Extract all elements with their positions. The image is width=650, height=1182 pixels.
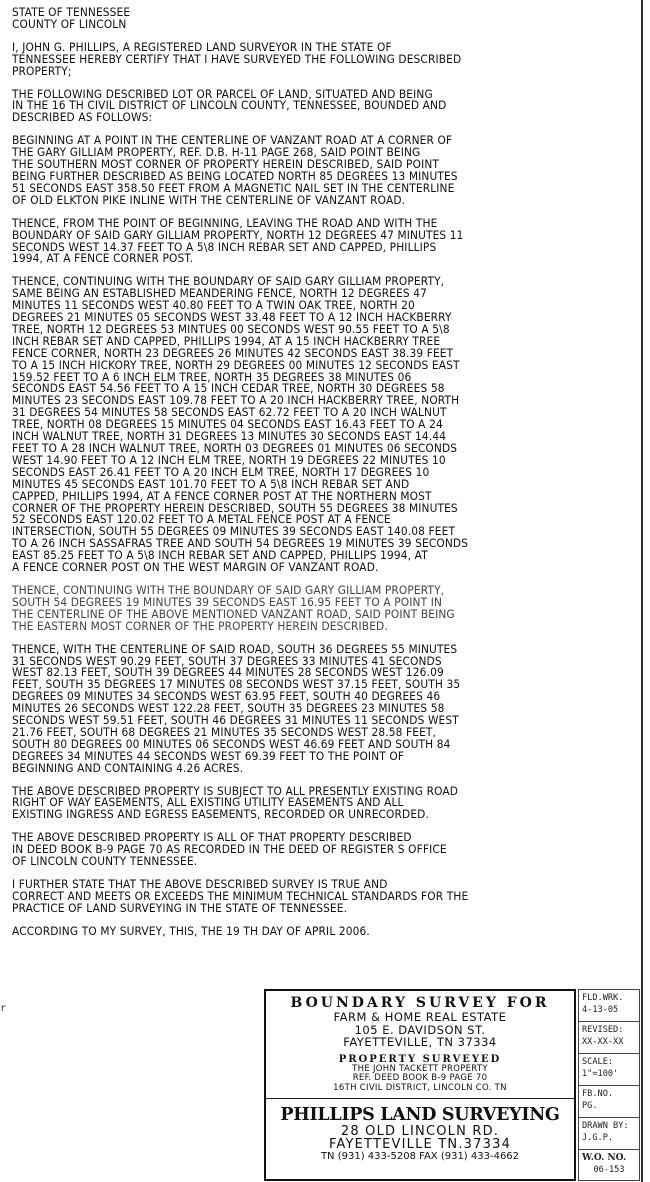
road-centerline-calls: THENCE, WITH THE CENTERLINE OF SAID ROAD… — [12, 644, 630, 775]
cell-value: PG. — [582, 1100, 636, 1112]
cell-label: FLD.WRK. — [582, 992, 636, 1004]
cell-label: FB.NO. — [582, 1088, 636, 1100]
easements-clause: THE ABOVE DESCRIBED PROPERTY IS SUBJECT … — [12, 786, 630, 822]
title-block: BOUNDARY SURVEY FOR FARM & HOME REAL EST… — [264, 989, 576, 1181]
point-of-beginning: BEGINNING AT A POINT IN THE CENTERLINE O… — [12, 135, 630, 206]
survey-heading: BOUNDARY SURVEY FOR — [266, 995, 574, 1011]
cell-value: J.G.P. — [582, 1132, 636, 1144]
field-work-cell: FLD.WRK. 4-13-05 — [578, 989, 640, 1021]
drawn-by-cell: DRAWN BY: J.G.P. — [578, 1117, 640, 1149]
boundary-call-3: THENCE, CONTINUING WITH THE BOUNDARY OF … — [12, 585, 630, 633]
parcel-location: THE FOLLOWING DESCRIBED LOT OR PARCEL OF… — [12, 89, 630, 125]
client-city: FAYETTEVILLE, TN 37334 — [266, 1036, 574, 1049]
work-order-cell: W.O. NO. 06-153 — [578, 1149, 640, 1181]
firm-city: FAYETTEVILLE TN.37334 — [266, 1138, 574, 1151]
cell-value: XX-XX-XX — [582, 1036, 636, 1048]
scale-cell: SCALE: 1"=100' — [578, 1053, 640, 1085]
boundary-call-2: THENCE, CONTINUING WITH THE BOUNDARY OF … — [12, 276, 630, 574]
cell-value: 1"=100' — [582, 1068, 636, 1080]
property-district: 16TH CIVIL DISTRICT, LINCOLN CO. TN — [266, 1084, 574, 1094]
client-section: BOUNDARY SURVEY FOR FARM & HOME REAL EST… — [266, 991, 574, 1097]
survey-description: STATE OF TENNESSEE COUNTY OF LINCOLN I, … — [12, 7, 632, 949]
cell-label: W.O. NO. — [582, 1152, 636, 1164]
deed-reference-clause: THE ABOVE DESCRIBED PROPERTY IS ALL OF T… — [12, 832, 630, 868]
title-block-side-cells: FLD.WRK. 4-13-05 REVISED: XX-XX-XX SCALE… — [578, 989, 640, 1181]
field-book-cell: FB.NO. PG. — [578, 1085, 640, 1117]
firm-section: PHILLIPS LAND SURVEYING 28 OLD LINCOLN R… — [266, 1098, 574, 1179]
property-heading: PROPERTY SURVEYED — [266, 1054, 574, 1065]
survey-date-statement: ACCORDING TO MY SURVEY, THIS, THE 19 TH … — [12, 926, 630, 938]
stray-mark: r — [0, 1003, 6, 1014]
certification-intro: I, JOHN G. PHILLIPS, A REGISTERED LAND S… — [12, 42, 630, 78]
cell-value: 4-13-05 — [582, 1004, 636, 1016]
state-county-heading: STATE OF TENNESSEE COUNTY OF LINCOLN — [12, 7, 630, 31]
cell-label: REVISED: — [582, 1024, 636, 1036]
revised-cell: REVISED: XX-XX-XX — [578, 1021, 640, 1053]
boundary-call-1: THENCE, FROM THE POINT OF BEGINNING, LEA… — [12, 218, 630, 266]
firm-name: PHILLIPS LAND SURVEYING — [266, 1105, 574, 1125]
firm-phone: TN (931) 433-5208 FAX (931) 433-4662 — [266, 1151, 574, 1163]
cell-label: SCALE: — [582, 1056, 636, 1068]
page-border-rule — [641, 0, 643, 1182]
cell-value: 06-153 — [582, 1164, 636, 1176]
standards-statement: I FURTHER STATE THAT THE ABOVE DESCRIBED… — [12, 879, 630, 915]
cell-label: DRAWN BY: — [582, 1120, 636, 1132]
client-name: FARM & HOME REAL ESTATE — [266, 1011, 574, 1024]
